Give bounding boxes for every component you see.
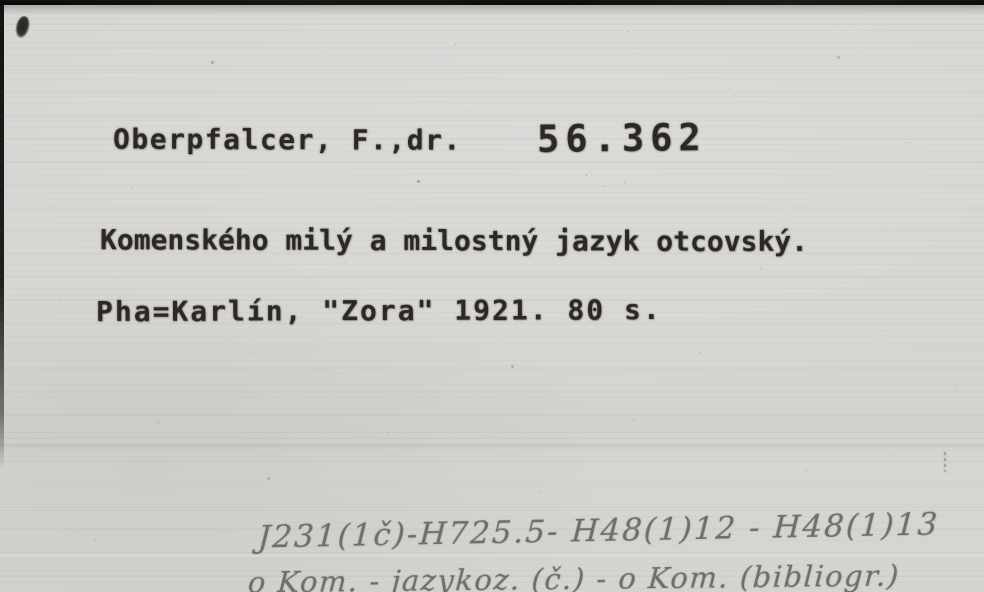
author-heading: Oberpfalcer, F.,dr. — [113, 122, 462, 156]
imprint-line: Pha=Karlín, "Zora" 1921. 80 s. — [96, 293, 662, 328]
pencil-tick-mark — [944, 452, 946, 472]
shelf-number: 56.362 — [537, 116, 707, 161]
scan-left-edge — [0, 0, 4, 470]
catalog-card-scan: Oberpfalcer, F.,dr. 56.362 Komenského mi… — [0, 0, 984, 592]
handwritten-call-numbers: J231(1č)-H725.5- H48(1)12 - H48(1)13 — [257, 506, 940, 555]
scanline-band-middle — [0, 444, 984, 448]
paper-speckles — [0, 0, 1, 1]
scan-top-edge-shadow — [0, 5, 984, 15]
title-line: Komenského milý a milostný jazyk otcovsk… — [100, 223, 808, 258]
handwritten-subject-notes: o Kom. - jazykoz. (č.) - o Kom. (bibliog… — [247, 559, 901, 592]
ink-blot-mark — [14, 15, 32, 39]
